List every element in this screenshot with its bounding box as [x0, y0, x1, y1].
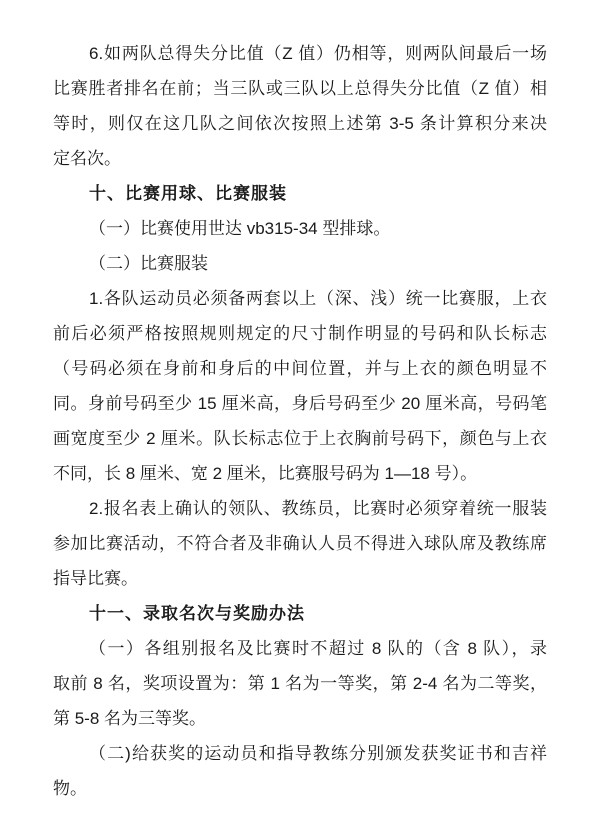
body-line: 指导比赛。 [53, 561, 547, 596]
body-line: （二)给获奖的运动员和指导教练分别颁发获奖证书和吉祥 [53, 736, 547, 771]
paragraph: 1.各队运动员必须备两套以上（深、浅）统一比赛服，上衣前后必须严格按照规则规定的… [53, 281, 547, 491]
paragraph: （二）比赛服装 [53, 246, 547, 281]
body-line: 前后必须严格按照规则规定的尺寸制作明显的号码和队长标志 [53, 316, 547, 351]
heading-line: 十、比赛用球、比赛服装 [53, 176, 547, 211]
heading-line: 十一、录取名次与奖励办法 [53, 596, 547, 631]
paragraph: （一）各组别报名及比赛时不超过 8 队的（含 8 队），录取前 8 名，奖项设置… [53, 631, 547, 736]
paragraph: 6.如两队总得失分比值（Z 值）仍相等，则两队间最后一场比赛胜者排名在前；当三队… [53, 36, 547, 176]
body-line: 不同，长 8 厘米、宽 2 厘米，比赛服号码为 1—18 号）。 [53, 456, 547, 491]
section-heading: 十一、录取名次与奖励办法 [53, 596, 547, 631]
body-line: 物。 [53, 771, 547, 806]
body-line: （一）比赛使用世达 vb315-34 型排球。 [53, 211, 547, 246]
body-line: 第 5-8 名为三等奖。 [53, 701, 547, 736]
body-line: 等时，则仅在这几队之间依次按照上述第 3-5 条计算积分来决 [53, 106, 547, 141]
body-line: 画宽度至少 2 厘米。队长标志位于上衣胸前号码下，颜色与上衣 [53, 421, 547, 456]
body-line: （二）比赛服装 [53, 246, 547, 281]
paragraph: （二)给获奖的运动员和指导教练分别颁发获奖证书和吉祥物。 [53, 736, 547, 806]
paragraph: （一）比赛使用世达 vb315-34 型排球。 [53, 211, 547, 246]
body-line: 比赛胜者排名在前；当三队或三队以上总得失分比值（Z 值）相 [53, 71, 547, 106]
body-line: 2.报名表上确认的领队、教练员，比赛时必须穿着统一服装 [53, 491, 547, 526]
document-page: 6.如两队总得失分比值（Z 值）仍相等，则两队间最后一场比赛胜者排名在前；当三队… [0, 0, 600, 830]
body-line: 取前 8 名，奖项设置为：第 1 名为一等奖，第 2-4 名为二等奖， [53, 666, 547, 701]
body-line: 6.如两队总得失分比值（Z 值）仍相等，则两队间最后一场 [53, 36, 547, 71]
body-line: 参加比赛活动，不符合者及非确认人员不得进入球队席及教练席 [53, 526, 547, 561]
body-line: （号码必须在身前和身后的中间位置，并与上衣的颜色明显不 [53, 351, 547, 386]
body-line: 定名次。 [53, 141, 547, 176]
paragraph: 2.报名表上确认的领队、教练员，比赛时必须穿着统一服装参加比赛活动，不符合者及非… [53, 491, 547, 596]
body-line: （一）各组别报名及比赛时不超过 8 队的（含 8 队），录 [53, 631, 547, 666]
body-line: 1.各队运动员必须备两套以上（深、浅）统一比赛服，上衣 [53, 281, 547, 316]
section-heading: 十、比赛用球、比赛服装 [53, 176, 547, 211]
body-line: 同。身前号码至少 15 厘米高，身后号码至少 20 厘米高，号码笔 [53, 386, 547, 421]
